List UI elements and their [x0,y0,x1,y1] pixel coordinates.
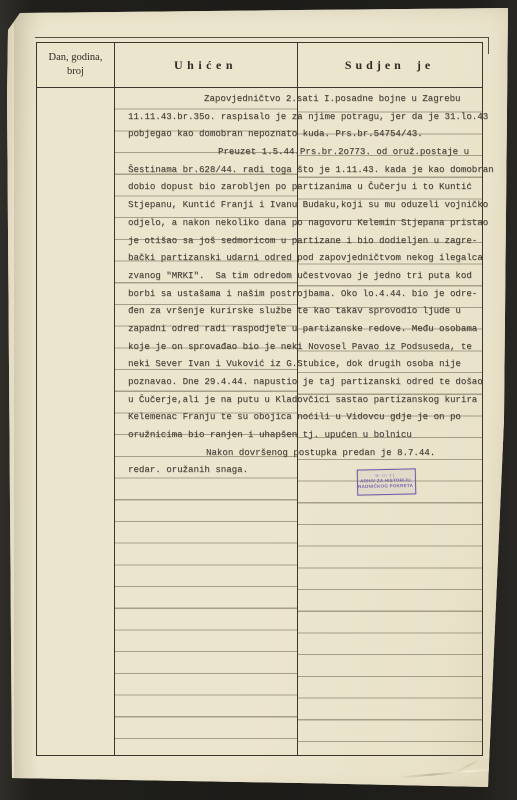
typed-line: Nakon dovršenog postupka predan je 8.7.4… [128,444,508,462]
typed-line: u Čučerje,ali je na putu u Kladovčici sa… [128,391,508,409]
typed-line: oružnicima bio ranjen i uhapšen tj. upuć… [128,426,508,444]
column-header-judged: Sudjen je [297,43,482,87]
typed-line: odjelo, a nakon nekoliko dana po nagovor… [128,214,508,232]
archive-stamp: W III 21 ARHIV ZA HISTORIJU RADNIČKOG PO… [357,468,417,495]
typed-line: dobio dopust bio zarobljen po partizanim… [128,178,508,196]
typed-line: Stjepanu, Kuntić Franji i Ivanu Budaku,k… [128,196,508,214]
archive-stamp-text: W III 21 ARHIV ZA HISTORIJU RADNIČKOG PO… [358,469,413,493]
typed-line: borbi sa ustašama i našim postrojbama. O… [128,285,508,303]
typed-line: je otišao sa još sedmoricom u partizane … [128,232,508,250]
column-header-date-line1: Dan, godina, [49,51,103,65]
typed-line: Preuzet 1.5.44.Prs.br.2o773. od oruž.pos… [128,143,508,161]
record-table: Dan, godina, broj Uhićen Sudjen je Zapov… [36,42,483,756]
typed-line: 11.11.43.br.35o. raspisalo je za njime p… [128,108,508,126]
table-header-row: Dan, godina, broj Uhićen Sudjen je [37,43,482,87]
photo-background: Dan, godina, broj Uhićen Sudjen je Zapov… [0,0,517,800]
stamp-text-line-2: RADNIČKOG POKRETA [358,483,413,490]
document-paper: Dan, godina, broj Uhićen Sudjen je Zapov… [0,0,517,800]
column-header-arrested: Uhićen [114,43,297,87]
typed-line: Kelemenac Franju te su obojica noćili u … [128,408,508,426]
header-separator-line [37,87,482,88]
typed-line: đen za vršenje kurirske službe te kao ta… [128,302,508,320]
paper-fold-crease [398,767,502,778]
typed-line: zvanog "MRKI". Sa tim odredom učestvovao… [128,267,508,285]
typed-line: zapadni odred radi raspodjele u partizan… [128,320,508,338]
typed-line: koje je on sprovađao bio je neki Novosel… [128,338,508,356]
typed-line: neki Sever Ivan i Vuković iz G.Stubice, … [128,355,508,373]
typed-line: bački partizanski udarni odred pod zapov… [128,249,508,267]
typed-line: pobjegao kao domobran nepoznato kuda. Pr… [128,125,508,143]
typed-line: Zapovjedničtvo 2.sati I.posadne bojne u … [128,90,508,108]
typed-line: redar. oružanih snaga. [128,461,508,479]
typed-line: Šestinama br.628/44. radi toga što je 1.… [128,161,508,179]
column-header-date-number: Dan, godina, broj [37,43,114,87]
typed-line: poznavao. Dne 29.4.44. napustio je taj p… [128,373,508,391]
column-header-date-line2: broj [67,65,84,79]
typed-text-block: Zapovjedničtvo 2.sati I.posadne bojne u … [128,90,508,479]
